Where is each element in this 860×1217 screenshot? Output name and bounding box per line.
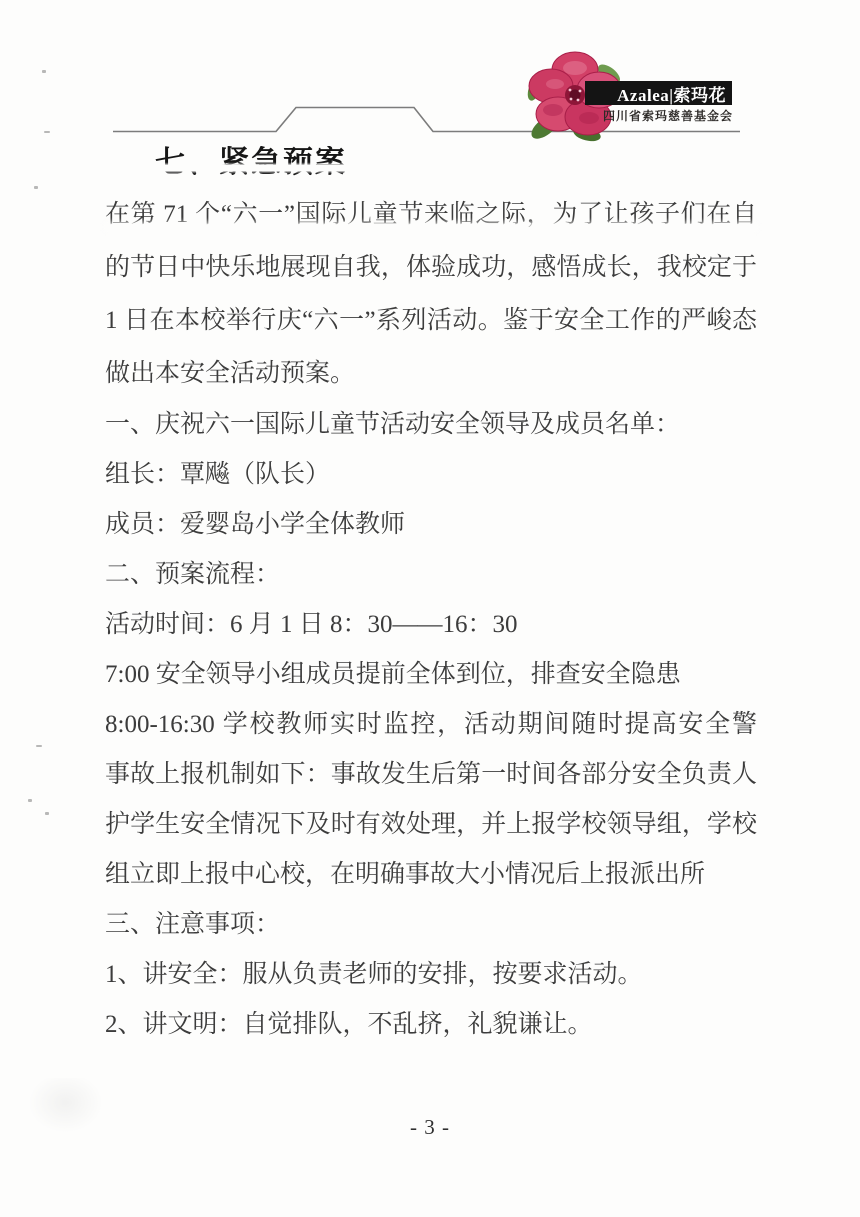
scan-artifact-stripe xyxy=(155,165,415,171)
text-line: 7:00 安全领导小组成员提前全体到位，排查安全隐患 xyxy=(105,650,757,700)
logo-brand-text: Azalea|索玛花 xyxy=(617,81,726,106)
page-number: - 3 - xyxy=(0,1115,860,1140)
text-line: 一、庆祝六一国际儿童节活动安全领导及成员名单： xyxy=(105,400,757,450)
text-line: 三、注意事项： xyxy=(105,900,757,950)
text-line: 的节日中快乐地展现自我，体验成功，感悟成长，我校定于 6 月 xyxy=(105,241,757,294)
logo-org-name: 四川省索玛慈善基金会 xyxy=(583,107,733,124)
scan-speck xyxy=(34,186,38,189)
scan-speck xyxy=(28,799,32,802)
text-line: 2、讲文明：自觉排队，不乱挤，礼貌谦让。 xyxy=(105,1000,757,1050)
scan-speck xyxy=(42,70,46,73)
text-line: 在第 71 个“六一”国际儿童节来临之际，为了让孩子们在自己 xyxy=(105,188,757,241)
scan-speck xyxy=(36,745,42,747)
section-heading: 七、紧急预案 xyxy=(155,146,415,179)
document-body: 在第 71 个“六一”国际儿童节来临之际，为了让孩子们在自己 的节日中快乐地展现… xyxy=(105,188,757,1050)
logo-brand-box: Azalea|索玛花 xyxy=(585,81,732,105)
text-line: 二、预案流程： xyxy=(105,550,757,600)
text-line: 做出本安全活动预案。 xyxy=(105,347,757,400)
text-line: 活动时间：6 月 1 日 8：30——16：30 xyxy=(105,600,757,650)
text-line: 护学生安全情况下及时有效处理，并上报学校领导组，学校领导 xyxy=(105,800,757,850)
foundation-logo: Azalea|索玛花 四川省索玛慈善基金会 xyxy=(525,48,755,143)
scan-fade-artifact xyxy=(105,223,757,231)
text-line: 成员：爱婴岛小学全体教师 xyxy=(105,500,757,550)
text-line: 8:00-16:30 学校教师实时监控，活动期间随时提高安全警惕， xyxy=(105,700,757,750)
text-line: 组立即上报中心校，在明确事故大小情况后上报派出所 xyxy=(105,850,757,900)
section-heading-text: 七、紧急预案 xyxy=(155,146,415,179)
scan-speck xyxy=(45,812,49,815)
scan-speck xyxy=(44,131,50,133)
text-line: 1、讲安全：服从负责老师的安排，按要求活动。 xyxy=(105,950,757,1000)
text-line: 事故上报机制如下：事故发生后第一时间各部分安全负责人在保 xyxy=(105,750,757,800)
text-line: 组长：覃飚（队长） xyxy=(105,450,757,500)
scanned-document-page: Azalea|索玛花 四川省索玛慈善基金会 七、紧急预案 在第 71 个“六一”… xyxy=(0,0,860,1217)
text-line: 1 日在本校举行庆“六一”系列活动。鉴于安全工作的严峻态势， xyxy=(105,294,757,347)
